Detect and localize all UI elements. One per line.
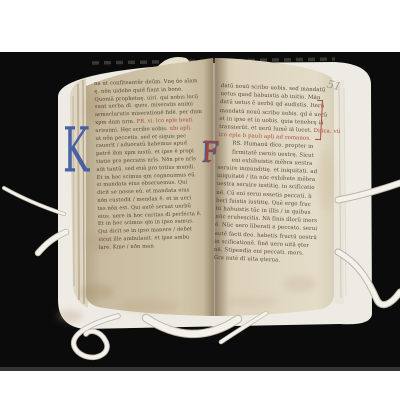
left-page-text: na ut confiteantūr deūm. Vnę ūo aīamę. n…: [94, 78, 219, 253]
left-page-initial: K: [63, 121, 89, 182]
right-page-initial: F: [202, 138, 220, 167]
manuscript-photo: na ut confiteantūr deūm. Vnę ūo aīamę. n…: [0, 0, 400, 400]
